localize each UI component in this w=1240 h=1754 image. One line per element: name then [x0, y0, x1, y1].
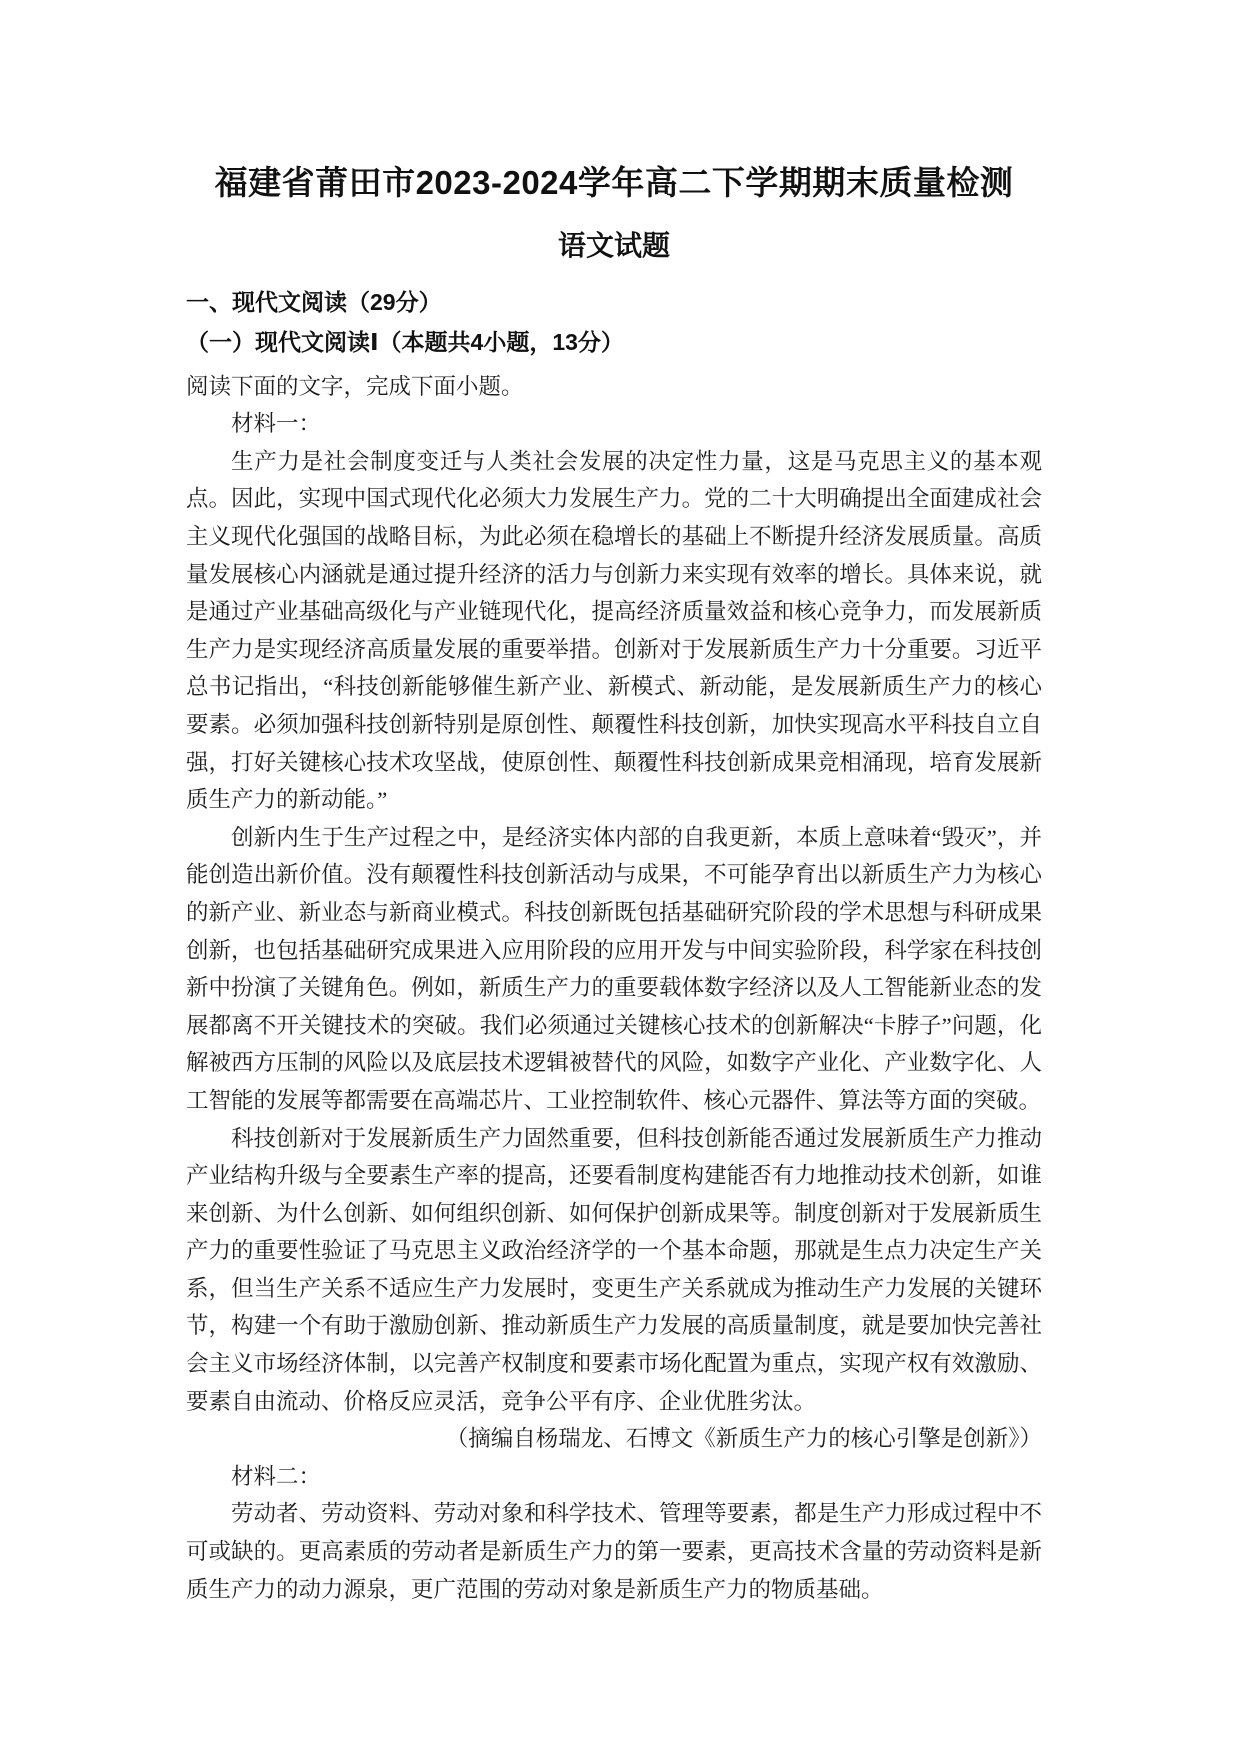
material-two-label: 材料二： — [186, 1458, 1042, 1496]
material-one-paragraph-2: 创新内生于生产过程之中，是经济实体内部的自我更新，本质上意味着“毁灭”，并能创造… — [186, 819, 1042, 1120]
subsection-heading-reading-one: （一）现代文阅读Ⅰ（本题共4小题，13分） — [186, 330, 1042, 355]
page-title: 福建省莆田市2023-2024学年高二下学期期末质量检测 — [186, 166, 1042, 201]
passage-body: 阅读下面的文字，完成下面小题。 材料一： 生产力是社会制度变迁与人类社会发展的决… — [186, 368, 1042, 1609]
section-heading-modern-reading: 一、现代文阅读（29分） — [186, 290, 1042, 315]
material-one-citation: （摘编自杨瑞龙、石博文《新质生产力的核心引擎是创新》） — [186, 1420, 1042, 1458]
material-one-paragraph-3: 科技创新对于发展新质生产力固然重要，但科技创新能否通过发展新质生产力推动产业结构… — [186, 1120, 1042, 1421]
material-one-paragraph-1: 生产力是社会制度变迁与人类社会发展的决定性力量，这是马克思主义的基本观点。因此，… — [186, 443, 1042, 819]
exam-paper-page: 福建省莆田市2023-2024学年高二下学期期末质量检测 语文试题 一、现代文阅… — [0, 0, 1240, 1754]
passage-intro: 阅读下面的文字，完成下面小题。 — [186, 368, 1042, 406]
page-subtitle: 语文试题 — [186, 231, 1042, 260]
material-two-paragraph-1: 劳动者、劳动资料、劳动对象和科学技术、管理等要素，都是生产力形成过程中不可或缺的… — [186, 1495, 1042, 1608]
material-one-label: 材料一： — [186, 405, 1042, 443]
